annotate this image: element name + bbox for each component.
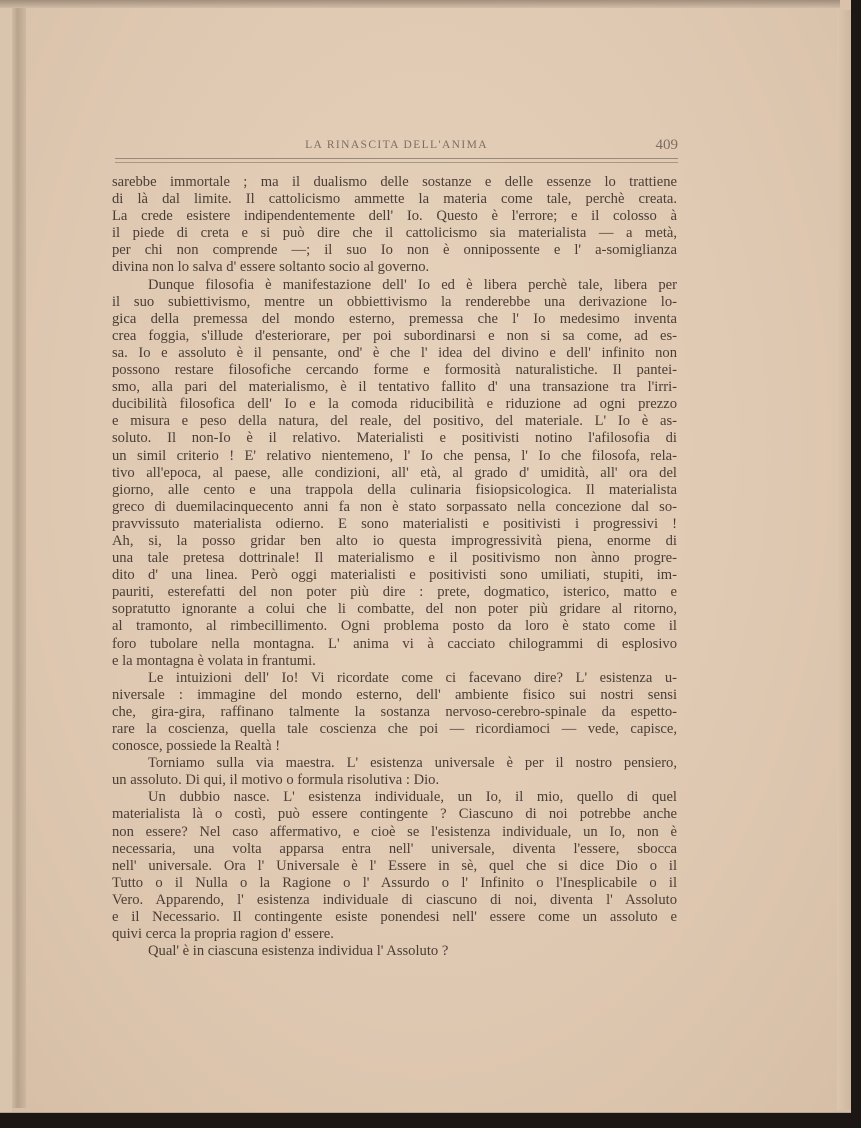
text-line: Ah, si, la posso gridar ben alto io ques… — [112, 533, 677, 550]
text-line: il piede di creta e si può dire che il c… — [112, 225, 677, 242]
text-line: per chi non comprende —; il suo Io non è… — [112, 242, 677, 259]
text-line: sarebbe immortale ; ma il dualismo delle… — [112, 174, 677, 191]
text-line: il suo subiettivismo, mentre un obbietti… — [112, 294, 677, 311]
text-line: divina non lo salva d' essere soltanto s… — [112, 259, 677, 276]
text-line: e il Necessario. Il contingente esiste p… — [112, 909, 677, 926]
text-line: Le intuizioni dell' Io! Vi ricordate com… — [112, 670, 677, 687]
text-line: Dunque filosofia è manifestazione dell' … — [112, 277, 677, 294]
text-line: e la montagna è volata in frantumi. — [112, 653, 677, 670]
text-line: nell' universale. Ora l' Universale è l'… — [112, 858, 677, 875]
text-line: La crede esistere indipendentemente dell… — [112, 208, 677, 225]
text-line: tivo all'epoca, al paese, alle condizion… — [112, 465, 677, 482]
text-line: non essere? Nel caso affermativo, e cioè… — [112, 824, 677, 841]
text-line: rare la coscienza, quella tale coscienza… — [112, 721, 677, 738]
text-line: sopratutto ignorante a colui che li comb… — [112, 601, 677, 618]
text-line: ducibilità filosofica dell' Io e la como… — [112, 396, 677, 413]
text-line: smo, alla pari del materialismo, è il te… — [112, 379, 677, 396]
page-number: 409 — [656, 137, 679, 154]
text-line: materialista là o costì, può essere cont… — [112, 806, 677, 823]
text-line: giorno, alle cento e una trappola della … — [112, 482, 677, 499]
text-line: crea foggia, s'illude d'esteriorare, per… — [112, 328, 677, 345]
text-line: foro tubolare nella montagna. L' anima v… — [112, 636, 677, 653]
text-line: un assoluto. Di qui, il motivo o formula… — [112, 772, 677, 789]
text-line: Torniamo sulla via maestra. L' esistenza… — [112, 755, 677, 772]
text-line: Qual' è in ciascuna esistenza individua … — [112, 943, 677, 960]
text-line: greco di duemilacinquecento anni fa non … — [112, 499, 677, 516]
text-line: di là dal limite. Il cattolicismo ammett… — [112, 191, 677, 208]
text-line: un simil criterio ! E' relativo nienteme… — [112, 448, 677, 465]
text-line: Un dubbio nasce. L' esistenza individual… — [112, 789, 677, 806]
text-line: Tutto o il Nulla o la Ragione o l' Assur… — [112, 875, 677, 892]
text-line: al tramonto, al rimbecillimento. Ogni pr… — [112, 618, 677, 635]
running-title: LA RINASCITA DELL'ANIMA — [115, 139, 678, 151]
body-text: sarebbe immortale ; ma il dualismo delle… — [112, 174, 677, 960]
page-top-edge — [0, 0, 840, 8]
text-line: gica della premessa del mondo esterno, p… — [112, 311, 677, 328]
binding-gutter — [12, 8, 26, 1108]
text-line: soluto. Il non-Io è il relativo. Materia… — [112, 430, 677, 447]
text-line: e misura e peso della natura, del reale,… — [112, 413, 677, 430]
text-line: pravvissuto materialista odierno. E sono… — [112, 516, 677, 533]
header-rule — [115, 158, 678, 163]
text-line: sa. Io e assoluto è il pensante, ond' è … — [112, 345, 677, 362]
text-line: conosce, possiede la Realtà ! — [112, 738, 677, 755]
text-line: dito d' una linea. Però oggi materialist… — [112, 567, 677, 584]
text-line: possono restare filosofiche cercando for… — [112, 362, 677, 379]
book-page: LA RINASCITA DELL'ANIMA 409 sarebbe immo… — [0, 0, 851, 1113]
running-header: LA RINASCITA DELL'ANIMA 409 — [115, 137, 678, 157]
text-line: Vero. Apparendo, l' esistenza individual… — [112, 892, 677, 909]
text-line: quivi cerca la propria ragion d' essere. — [112, 926, 677, 943]
text-line: che, gira-gira, raffinano talmente la so… — [112, 704, 677, 721]
text-line: pauriti, esterefatti del non poter più d… — [112, 584, 677, 601]
text-line: una tale pretesa dottrinale! Il material… — [112, 550, 677, 567]
facing-page-strip — [0, 8, 12, 1112]
text-line: niversale : immagine del mondo esterno, … — [112, 687, 677, 704]
page-right-edge — [837, 10, 851, 1110]
text-line: necessaria, una volta apparsa entra nell… — [112, 841, 677, 858]
